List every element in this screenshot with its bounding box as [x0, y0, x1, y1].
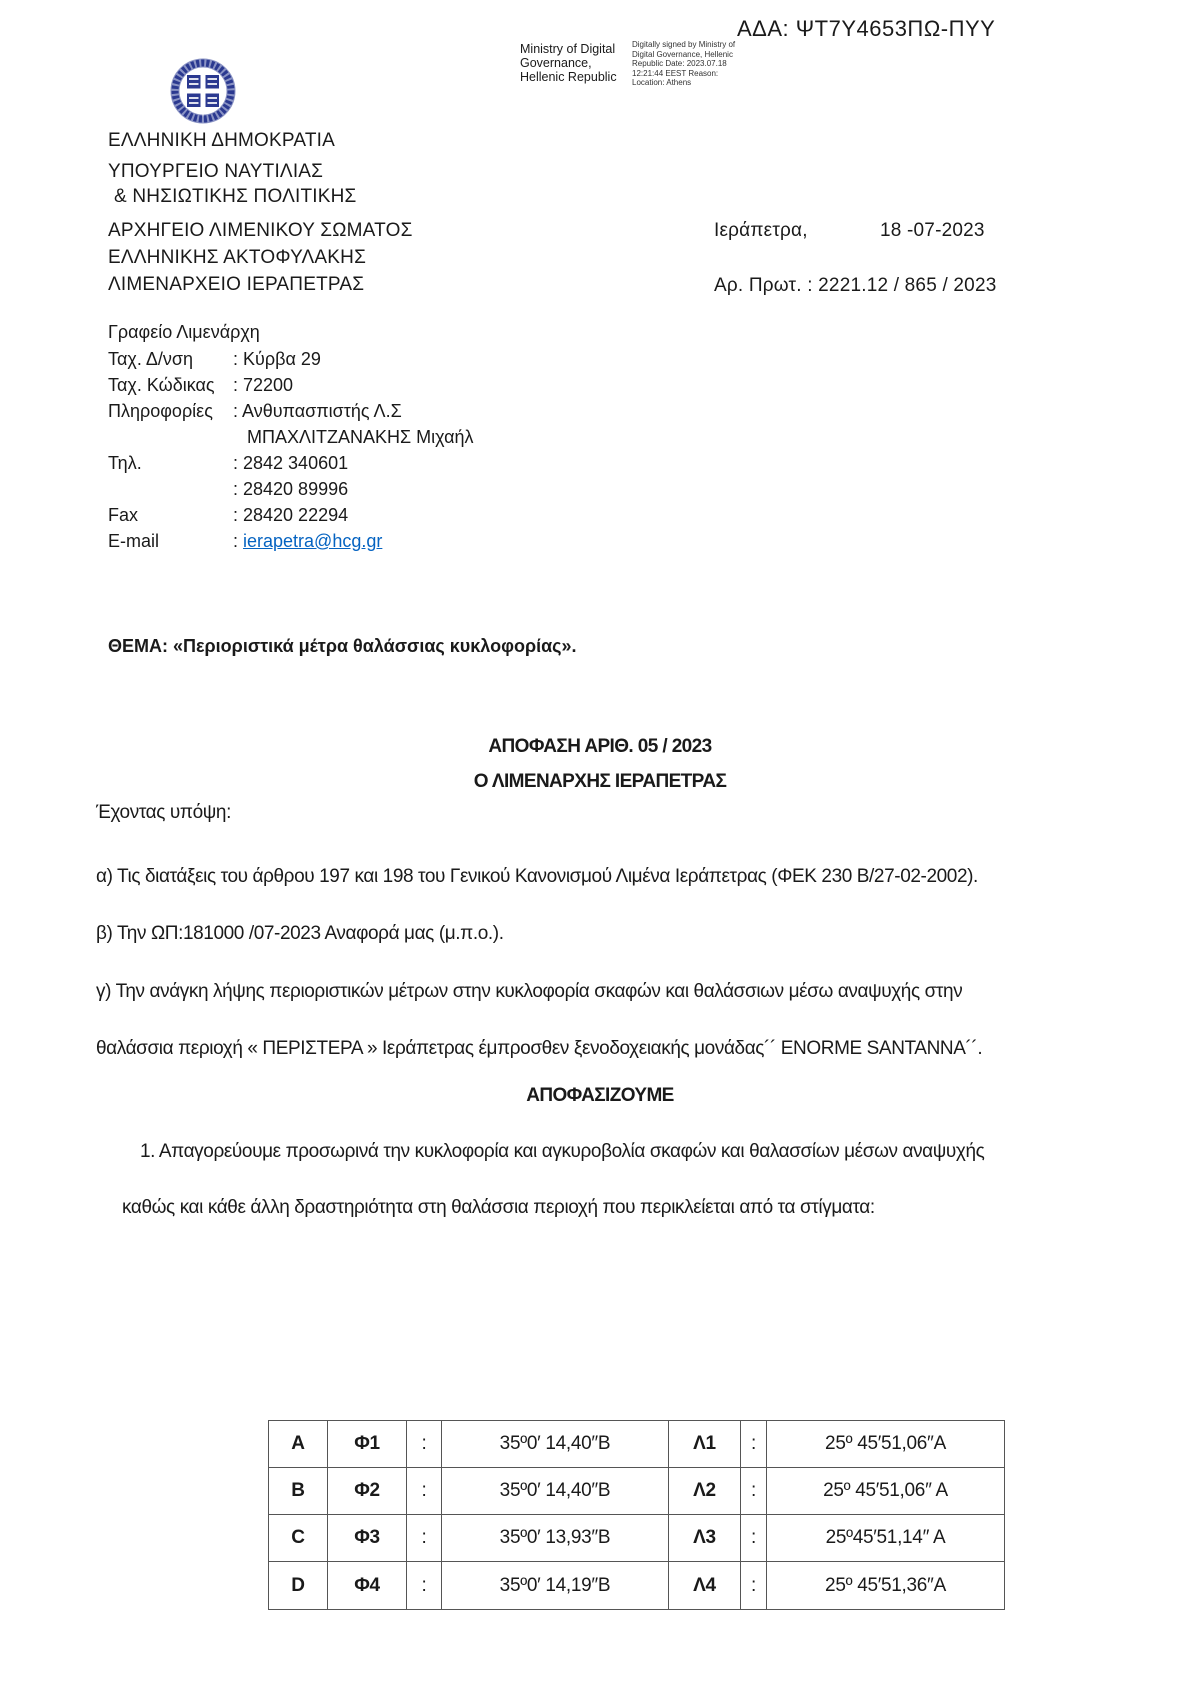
colon-separator: :: [741, 1562, 767, 1609]
header-ministry-line1: ΥΠΟΥΡΓΕΙΟ ΝΑΥΤΙΛΙΑΣ: [108, 161, 323, 183]
header-ministry-line2: & ΝΗΣΙΩΤΙΚΗΣ ΠΟΛΙΤΙΚΗΣ: [114, 186, 356, 208]
contact-address-value: : Κύρβα 29: [233, 349, 321, 369]
lambda-label: Λ3: [669, 1515, 741, 1562]
header-agency-line3: ΛΙΜΕΝΑΡΧΕΙΟ ΙΕΡΑΠΕΤΡΑΣ: [108, 274, 364, 296]
document-page: ΑΔΑ: ΨΤ7Υ4653ΠΩ-ΠΥΥ Ministry of Digital …: [0, 0, 1200, 1697]
contact-zip-row: Ταχ. Κώδικας: 72200: [108, 375, 293, 396]
ada-number: ΑΔΑ: ΨΤ7Υ4653ΠΩ-ΠΥΥ: [737, 16, 995, 42]
lambda-label: Λ4: [669, 1562, 741, 1609]
having-regard-line: Έχοντας υπόψη:: [96, 802, 231, 824]
decision-title: ΑΠΟΦΑΣΗ ΑΡΙΘ. 05 / 2023: [0, 736, 1200, 758]
phi-label: Φ1: [328, 1421, 407, 1468]
contact-fax-row: Fax: 28420 22294: [108, 505, 348, 526]
contact-email-sep: :: [233, 531, 243, 551]
contact-tel-row: Τηλ.: 2842 340601: [108, 453, 348, 474]
lambda-value: 25º45′51,14′′ A: [767, 1515, 1004, 1562]
phi-label: Φ3: [328, 1515, 407, 1562]
decision-item1-line1: 1. Απαγορεύουμε προσωρινά την κυκλοφορία…: [140, 1141, 984, 1163]
doc-place: Ιεράπετρα,: [714, 220, 808, 242]
contact-info-value2: ΜΠΑΧΛΙΤΖΑΝΑΚΗΣ Μιχαήλ: [247, 427, 474, 448]
point-letter: C: [269, 1515, 328, 1562]
contact-tel-label: Τηλ.: [108, 453, 233, 474]
preamble-item-c-line2: θαλάσσια περιοχή « ΠΕΡΙΣΤΕΡΑ » Ιεράπετρα…: [96, 1038, 982, 1060]
point-letter: D: [269, 1562, 328, 1609]
signature-ministry-line: Hellenic Republic: [520, 70, 617, 84]
phi-label: Φ2: [328, 1468, 407, 1515]
subject-line: ΘΕΜΑ: «Περιοριστικά μέτρα θαλάσσιας κυκλ…: [108, 636, 577, 657]
header-state: ΕΛΛΗΝΙΚΗ ΔΗΜΟΚΡΑΤΙΑ: [108, 130, 335, 152]
contact-office: Γραφείο Λιμενάρχη: [108, 322, 260, 343]
coordinates-table: A Φ1 : 35º0′ 14,40′′B Λ1 : 25º 45′51,06′…: [268, 1420, 1005, 1610]
signature-ministry-line: Ministry of Digital: [520, 42, 617, 56]
lambda-value: 25º 45′51,06′′A: [767, 1421, 1004, 1468]
lambda-label: Λ2: [669, 1468, 741, 1515]
phi-label: Φ4: [328, 1562, 407, 1609]
greek-emblem-icon: [168, 53, 238, 134]
preamble-item-a: α) Τις διατάξεις του άρθρου 197 και 198 …: [96, 866, 978, 888]
decide-heading: ΑΠΟΦΑΣΙΖΟΥΜΕ: [0, 1085, 1200, 1107]
colon-separator: :: [741, 1515, 767, 1562]
contact-address-row: Ταχ. Δ/νση: Κύρβα 29: [108, 349, 321, 370]
doc-date: 18 -07-2023: [880, 220, 985, 242]
contact-tel-value2: : 28420 89996: [233, 479, 348, 500]
colon-separator: :: [407, 1515, 442, 1562]
colon-separator: :: [407, 1468, 442, 1515]
contact-email-row: E-mail: ierapetra@hcg.gr: [108, 531, 382, 552]
phi-value: 35º0′ 13,93′′B: [442, 1515, 669, 1562]
contact-info-value: : Ανθυπασπιστής Λ.Σ: [233, 401, 402, 421]
phi-value: 35º0′ 14,19′′B: [442, 1562, 669, 1609]
signature-details: Digitally signed by Ministry of Digital …: [632, 40, 742, 88]
signature-ministry-line: Governance,: [520, 56, 617, 70]
lambda-value: 25º 45′51,06′′ A: [767, 1468, 1004, 1515]
contact-fax-value: : 28420 22294: [233, 505, 348, 525]
contact-tel-value1: : 2842 340601: [233, 453, 348, 473]
decision-subtitle: Ο ΛΙΜΕΝΑΡΧΗΣ ΙΕΡΑΠΕΤΡΑΣ: [0, 771, 1200, 793]
colon-separator: :: [741, 1421, 767, 1468]
lambda-label: Λ1: [669, 1421, 741, 1468]
colon-separator: :: [407, 1421, 442, 1468]
phi-value: 35º0′ 14,40′′B: [442, 1421, 669, 1468]
header-agency-line1: ΑΡΧΗΓΕΙΟ ΛΙΜΕΝΙΚΟΥ ΣΩΜΑΤΟΣ: [108, 220, 413, 242]
contact-fax-label: Fax: [108, 505, 233, 526]
contact-email-label: E-mail: [108, 531, 233, 552]
email-link[interactable]: ierapetra@hcg.gr: [243, 531, 382, 551]
preamble-item-b: β) Την ΩΠ:181000 /07-2023 Αναφορά μας (μ…: [96, 923, 504, 945]
contact-address-label: Ταχ. Δ/νση: [108, 349, 233, 370]
signature-ministry: Ministry of Digital Governance, Hellenic…: [520, 42, 617, 84]
point-letter: A: [269, 1421, 328, 1468]
doc-protocol-number: Αρ. Πρωτ. : 2221.12 / 865 / 2023: [714, 275, 996, 297]
colon-separator: :: [741, 1468, 767, 1515]
phi-value: 35º0′ 14,40′′B: [442, 1468, 669, 1515]
decision-item1-line2: καθώς και κάθε άλλη δραστηριότητα στη θα…: [122, 1197, 875, 1219]
colon-separator: :: [407, 1562, 442, 1609]
preamble-item-c-line1: γ) Την ανάγκη λήψης περιοριστικών μέτρων…: [96, 981, 962, 1003]
lambda-value: 25º 45′51,36′′A: [767, 1562, 1004, 1609]
contact-zip-value: : 72200: [233, 375, 293, 395]
contact-zip-label: Ταχ. Κώδικας: [108, 375, 233, 396]
contact-info-label: Πληροφορίες: [108, 401, 233, 422]
point-letter: B: [269, 1468, 328, 1515]
contact-info-row: Πληροφορίες: Ανθυπασπιστής Λ.Σ: [108, 401, 402, 422]
header-agency-line2: ΕΛΛΗΝΙΚΗΣ ΑΚΤΟΦΥΛΑΚΗΣ: [108, 247, 366, 269]
